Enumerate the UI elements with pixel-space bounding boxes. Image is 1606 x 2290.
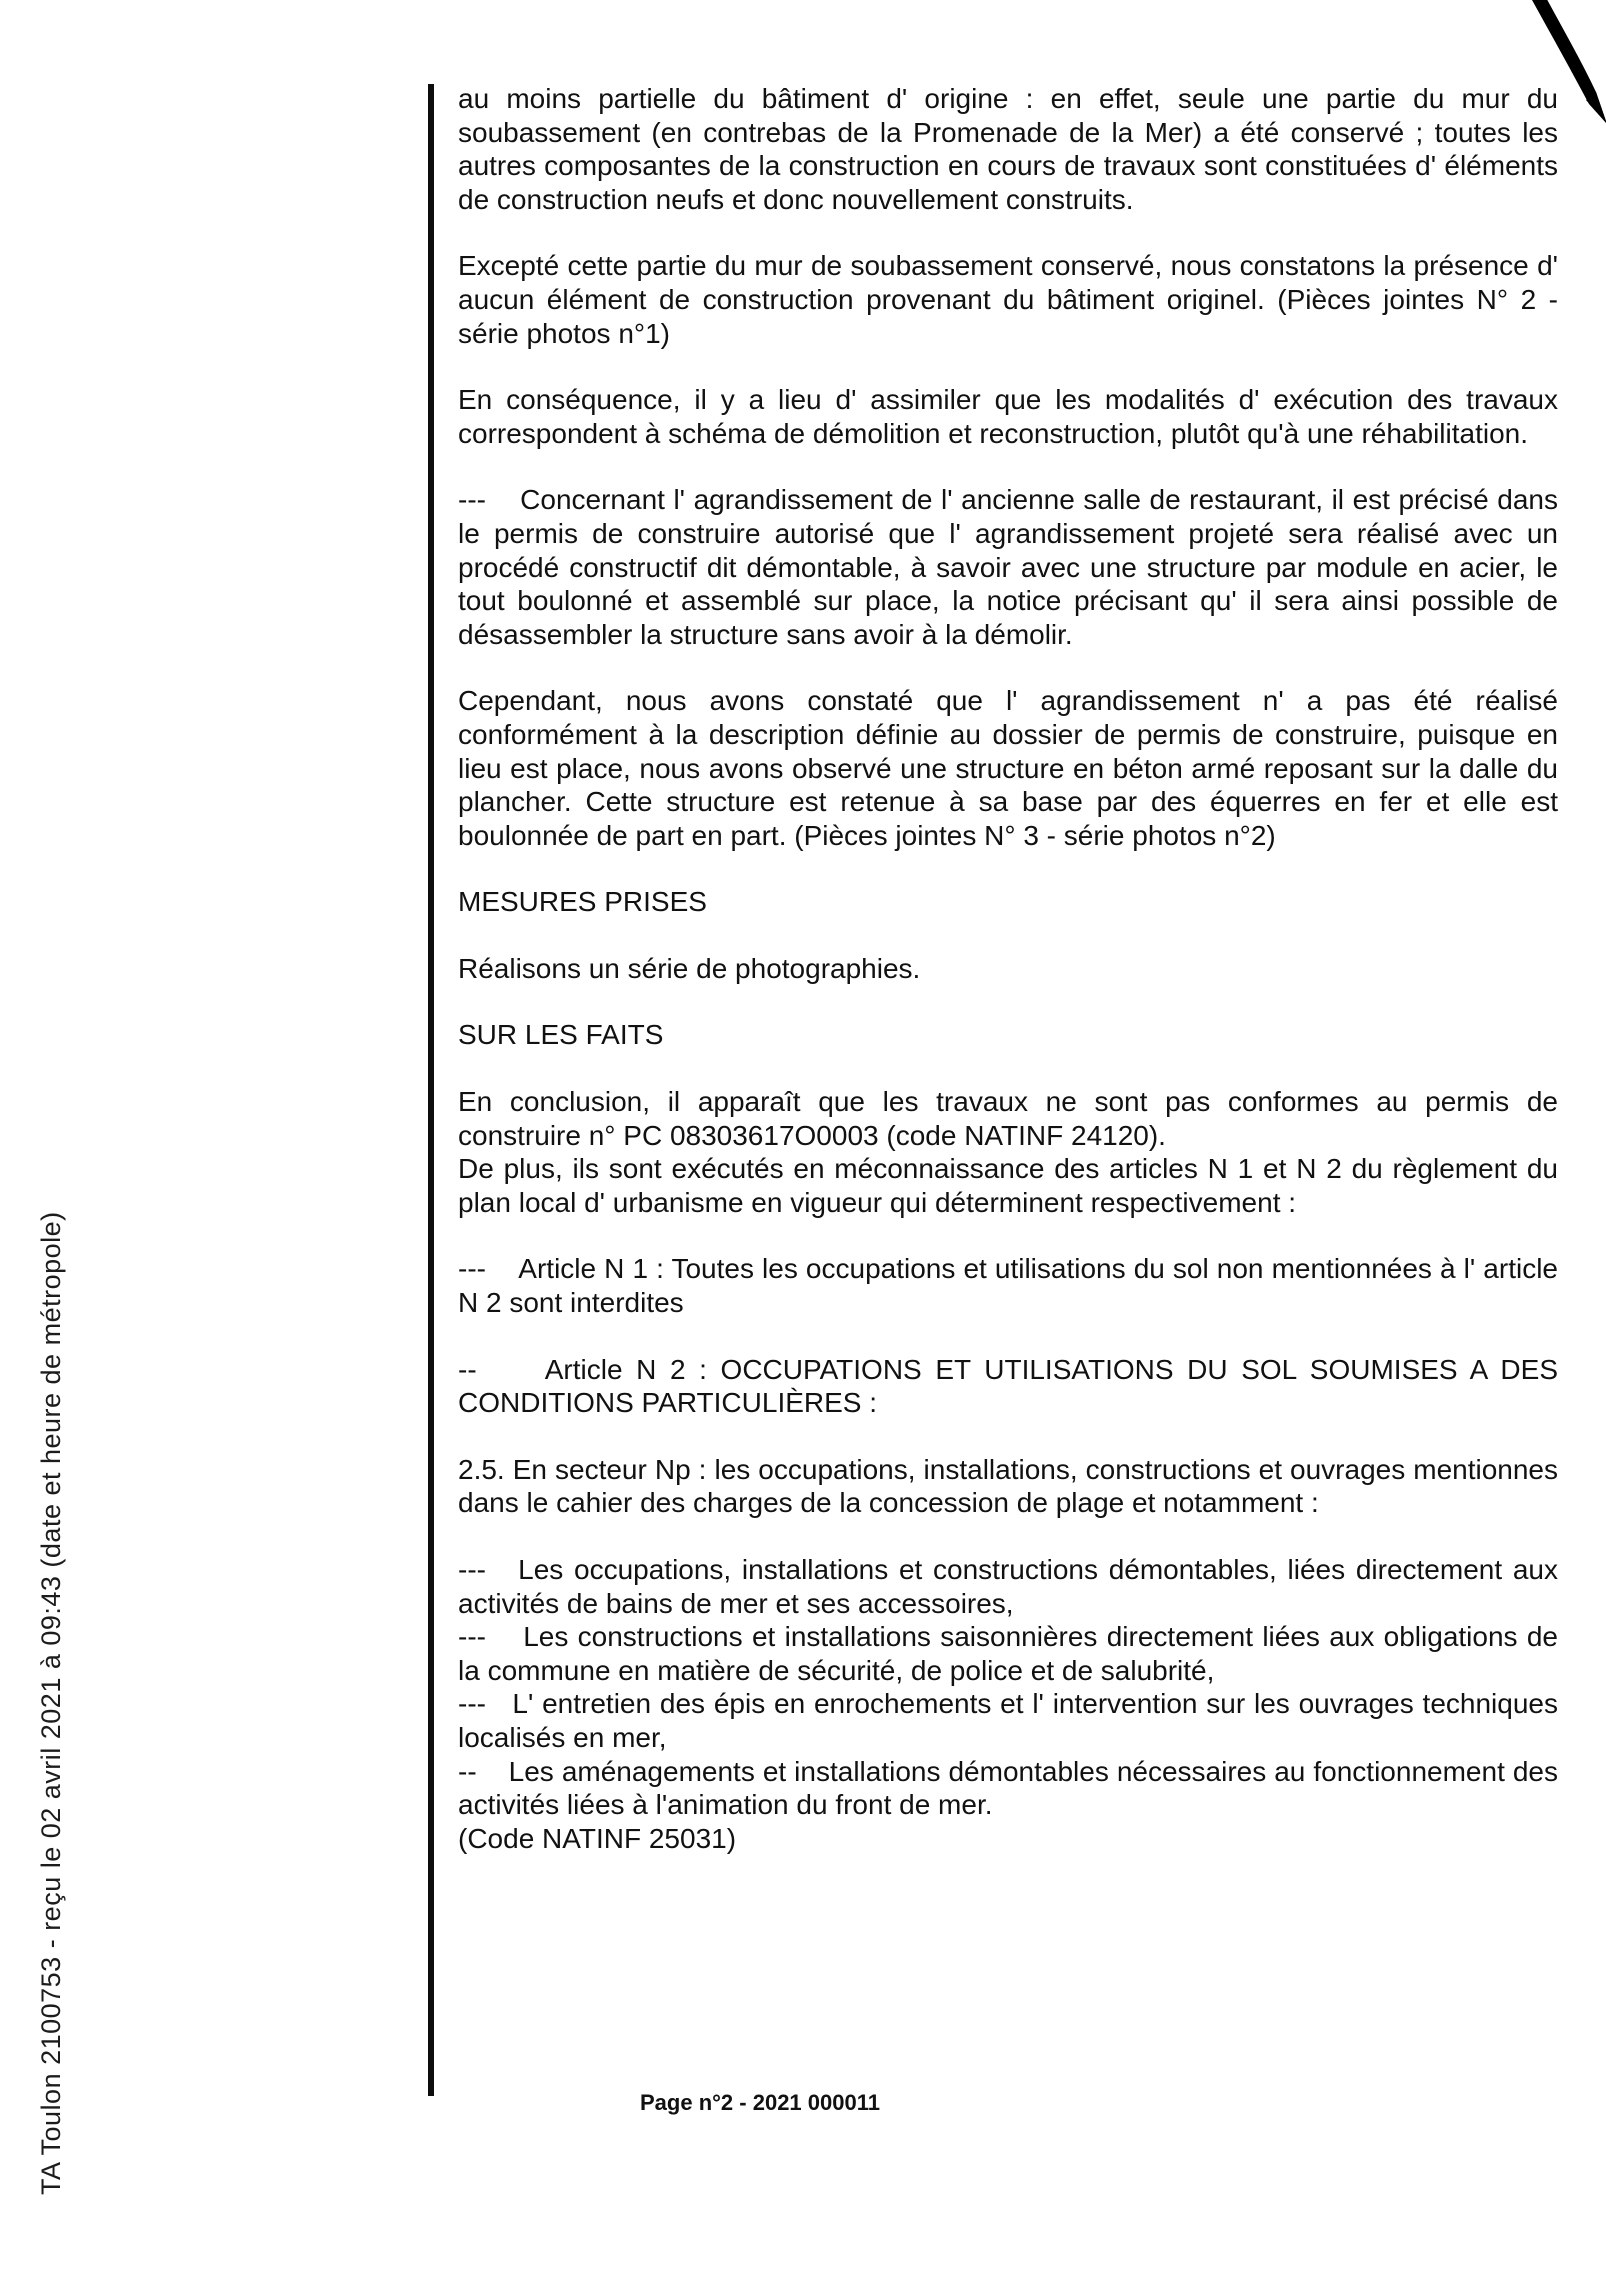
secteur-np-paragraph: 2.5. En secteur Np : les occupations, in…	[458, 1453, 1558, 1520]
page-footer: Page n°2 - 2021 000011	[640, 2090, 880, 2116]
body-paragraph-5: Cependant, nous avons constaté que l' ag…	[458, 684, 1558, 852]
list-item: --- L' entretien des épis en enrochement…	[458, 1687, 1558, 1754]
scanned-document-page: TA Toulon 2100753 - reçu le 02 avril 202…	[0, 0, 1606, 2290]
margin-change-bar	[428, 84, 434, 2096]
document-body: au moins partielle du bâtiment d' origin…	[458, 82, 1558, 1855]
list-item: -- Les aménagements et installations dém…	[458, 1755, 1558, 1822]
article-n1-paragraph: --- Article N 1 : Toutes les occupations…	[458, 1252, 1558, 1319]
body-paragraph-4: --- Concernant l' agrandissement de l' a…	[458, 483, 1558, 651]
ta-toulon-receipt-stamp: TA Toulon 2100753 - reçu le 02 avril 202…	[36, 1211, 67, 2195]
article-n2-paragraph: -- Article N 2 : OCCUPATIONS ET UTILISAT…	[458, 1353, 1558, 1420]
body-paragraph-3: En conséquence, il y a lieu d' assimiler…	[458, 383, 1558, 450]
section-heading-sur-les-faits: SUR LES FAITS	[458, 1018, 1558, 1052]
conclusion-line-1: En conclusion, il apparaît que les trava…	[458, 1085, 1558, 1152]
body-paragraph-1: au moins partielle du bâtiment d' origin…	[458, 82, 1558, 216]
list-item: --- Les constructions et installations s…	[458, 1620, 1558, 1687]
conclusion-line-2: De plus, ils sont exécutés en méconnaiss…	[458, 1152, 1558, 1219]
body-paragraph-2: Excepté cette partie du mur de soubassem…	[458, 249, 1558, 350]
section-heading-mesures-prises: MESURES PRISES	[458, 885, 1558, 919]
code-natinf-line: (Code NATINF 25031)	[458, 1822, 1558, 1856]
list-item: --- Les occupations, installations et co…	[458, 1553, 1558, 1620]
body-paragraph-6: Réalisons un série de photographies.	[458, 952, 1558, 986]
